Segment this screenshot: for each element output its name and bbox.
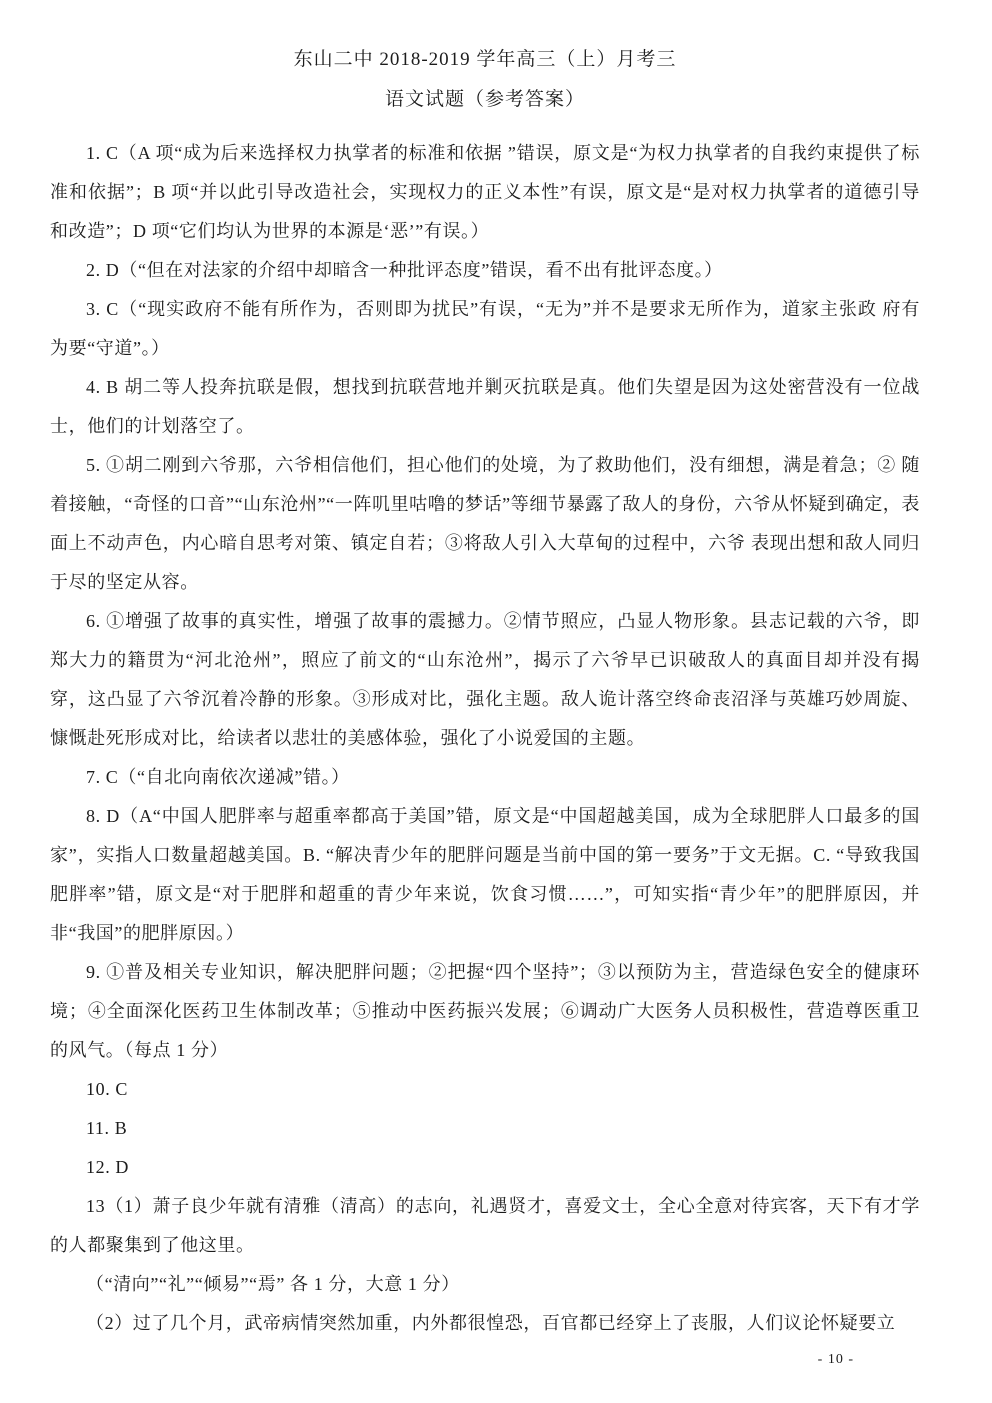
answer-paragraph: 1. C（A 项“成为后来选择权力执掌者的标准和依据 ”错误，原文是“为权力执掌…	[50, 134, 920, 251]
page-number: - 10 -	[818, 1352, 854, 1368]
answer-paragraph: 6. ①增强了故事的真实性，增强了故事的震撼力。②情节照应，凸显人物形象。县志记…	[50, 602, 920, 758]
answer-paragraph: 5. ①胡二刚到六爷那，六爷相信他们，担心他们的处境，为了救助他们，没有细想，满…	[50, 446, 920, 602]
document-subtitle: 语文试题（参考答案）	[50, 80, 920, 120]
answer-paragraph: 2. D（“但在对法家的介绍中却暗含一种批评态度”错误，看不出有批评态度。）	[50, 251, 920, 290]
answer-paragraph: 13（1）萧子良少年就有清雅（清高）的志向，礼遇贤才，喜爱文士，全心全意对待宾客…	[50, 1187, 920, 1265]
answer-paragraphs: 1. C（A 项“成为后来选择权力执掌者的标准和依据 ”错误，原文是“为权力执掌…	[50, 134, 920, 1343]
answer-paragraph: （2）过了几个月，武帝病情突然加重，内外都很惶恐，百官都已经穿上了丧服，人们议论…	[50, 1304, 920, 1343]
answer-paragraph: 4. B 胡二等人投奔抗联是假，想找到抗联营地并剿灭抗联是真。他们失望是因为这处…	[50, 368, 920, 446]
answer-paragraph: 8. D（A“中国人肥胖率与超重率都高于美国”错，原文是“中国超越美国，成为全球…	[50, 797, 920, 953]
answer-paragraph: 9. ①普及相关专业知识，解决肥胖问题；②把握“四个坚持”；③以预防为主，营造绿…	[50, 953, 920, 1070]
document-title: 东山二中 2018-2019 学年高三（上）月考三	[50, 40, 920, 80]
answer-paragraph: 3. C（“现实政府不能有所作为，否则即为扰民”有误，“无为”并不是要求无所作为…	[50, 290, 920, 368]
answer-paragraph: 10. C	[50, 1070, 920, 1109]
answer-paragraph: 11. B	[50, 1109, 920, 1148]
answer-paragraph: 12. D	[50, 1148, 920, 1187]
answer-paragraph: （“清向”“礼”“倾易”“焉” 各 1 分，大意 1 分）	[50, 1265, 920, 1304]
answer-paragraph: 7. C（“自北向南依次递减”错。）	[50, 758, 920, 797]
document-page: 东山二中 2018-2019 学年高三（上）月考三 语文试题（参考答案） 1. …	[0, 0, 992, 1403]
